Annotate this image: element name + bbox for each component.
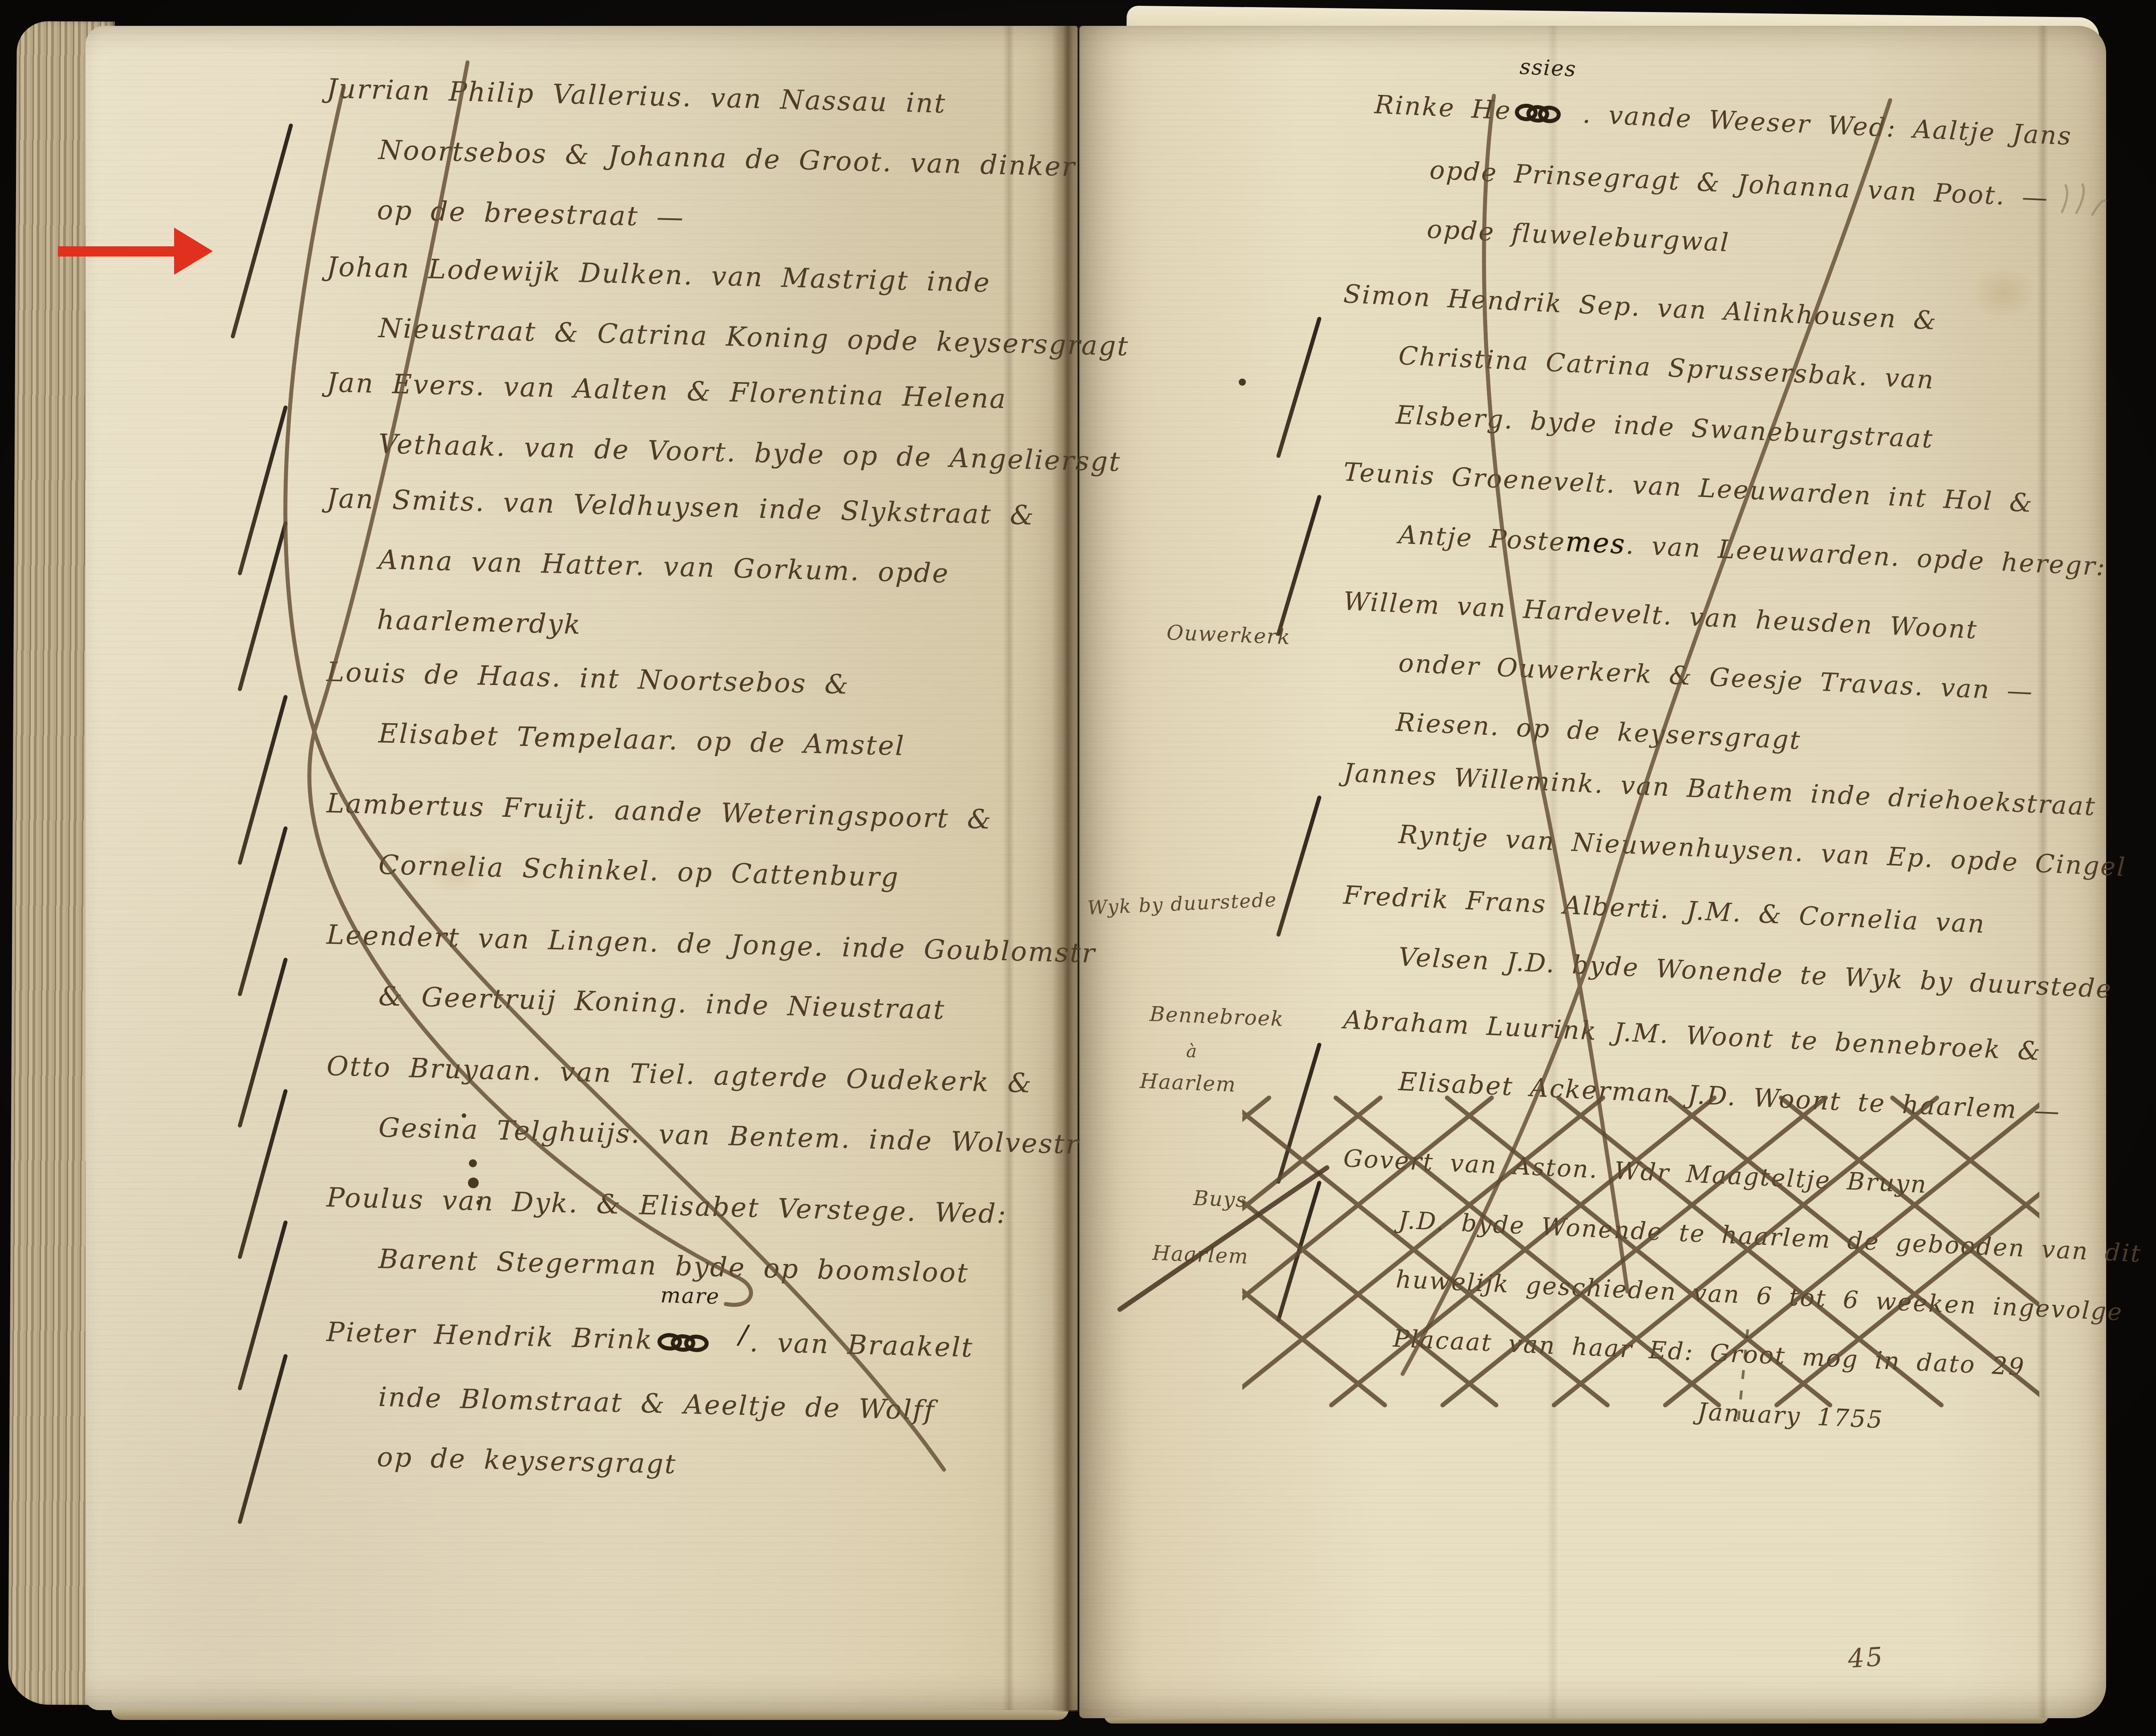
- register-entry: Simon Hendrik Sep. van Alinkhousen & Chr…: [1395, 267, 1940, 469]
- entry-line-suffix: . vande Weeser Wed: Aaltje Jans: [1582, 99, 2073, 151]
- tally-slash-mark: [1276, 1180, 1322, 1322]
- tally-slash-mark: [1276, 795, 1322, 937]
- margin-note-place-struck: Haarlem: [1152, 1241, 1249, 1268]
- red-arrow-shaft: [58, 246, 175, 257]
- register-entry-with-correction: Teunis Groenevelt. van Leeuwarden int Ho…: [1397, 445, 2110, 597]
- entry-line-suffix: . van Leeuwarden. opde heregr:: [1625, 530, 2107, 582]
- tally-slash-mark: [1276, 1042, 1322, 1184]
- margin-note-place-struck: Buys: [1193, 1186, 1248, 1212]
- margin-note-place: Wyk by duurstede: [1087, 889, 1277, 920]
- register-entry-crossed-out: Govert van Aston. Wdr Maagteltje Bruyn J…: [1389, 1131, 2146, 1461]
- ink-scribble-blob: [652, 1314, 736, 1376]
- tally-slash-mark: [237, 405, 288, 576]
- entry-line-suffix: . van Braakelt: [749, 1327, 974, 1363]
- register-entry: Lambertus Fruijt. aande Weteringspoort &…: [378, 775, 993, 910]
- entry-line: Elisabet Tempelaar. op de Amstel: [378, 704, 906, 777]
- register-entry-with-correction: Rinke Hessies. vande Weeser Wed: Aaltje …: [1426, 78, 2074, 288]
- tally-slash-mark: [230, 123, 293, 338]
- margin-note-place: Ouwerkerk: [1166, 620, 1291, 649]
- scribbled-out-word-wrap: ssies: [1510, 82, 1584, 147]
- entry-line-prefix: Rinke He: [1374, 90, 1512, 126]
- tally-slash-mark: [1276, 494, 1322, 636]
- tally-slash-mark: [1276, 316, 1322, 458]
- register-entry: Jurrian Philip Vallerius. van Nassau int…: [376, 60, 1078, 257]
- inserted-correction-word: mare: [660, 1284, 720, 1307]
- tally-slash-mark: [237, 1354, 288, 1524]
- margin-note-place: Bennebroek: [1149, 1002, 1285, 1031]
- entry-line-prefix: Pieter Hendrik Brink: [326, 1316, 653, 1356]
- margin-note-place: Haarlem: [1139, 1069, 1237, 1096]
- register-entry: Otto Bruyaan. van Tiel. agterde Oudekerk…: [378, 1038, 1082, 1175]
- register-entry-with-correction: Pieter Hendrik Brinkmare/. van Braakelt …: [376, 1303, 974, 1502]
- register-entry: Leendert van Lingen. de Jonge. inde Goub…: [378, 906, 1097, 1044]
- ink-scribble-blob: [1510, 85, 1584, 147]
- manuscript-text-layer: Jurrian Philip Vallerius. van Nassau int…: [0, 0, 2156, 1736]
- page-number: 45: [1847, 1641, 1885, 1674]
- margin-note-place: à: [1186, 1041, 1198, 1062]
- register-entry: Louis de Haas. int Noortsebos & Elisabet…: [378, 644, 907, 777]
- register-entry: Jan Evers. van Aalten & Florentina Helen…: [378, 354, 1123, 493]
- overwritten-correction: mes: [1565, 526, 1627, 560]
- red-arrow-head: [174, 228, 213, 275]
- register-entry: Jan Smits. van Veldhuysen inde Slykstraa…: [376, 470, 1036, 666]
- entry-line-prefix: Antje Poste: [1398, 520, 1566, 557]
- inserted-correction-word: ssies: [1519, 56, 1577, 80]
- scribbled-out-word-wrap: mare: [652, 1310, 736, 1376]
- register-entry: Abraham Luurink J.M. Woont te bennebroek…: [1397, 993, 2065, 1141]
- register-entry-arrow-target: Johan Lodewijk Dulken. van Mastrigt inde…: [378, 238, 1131, 377]
